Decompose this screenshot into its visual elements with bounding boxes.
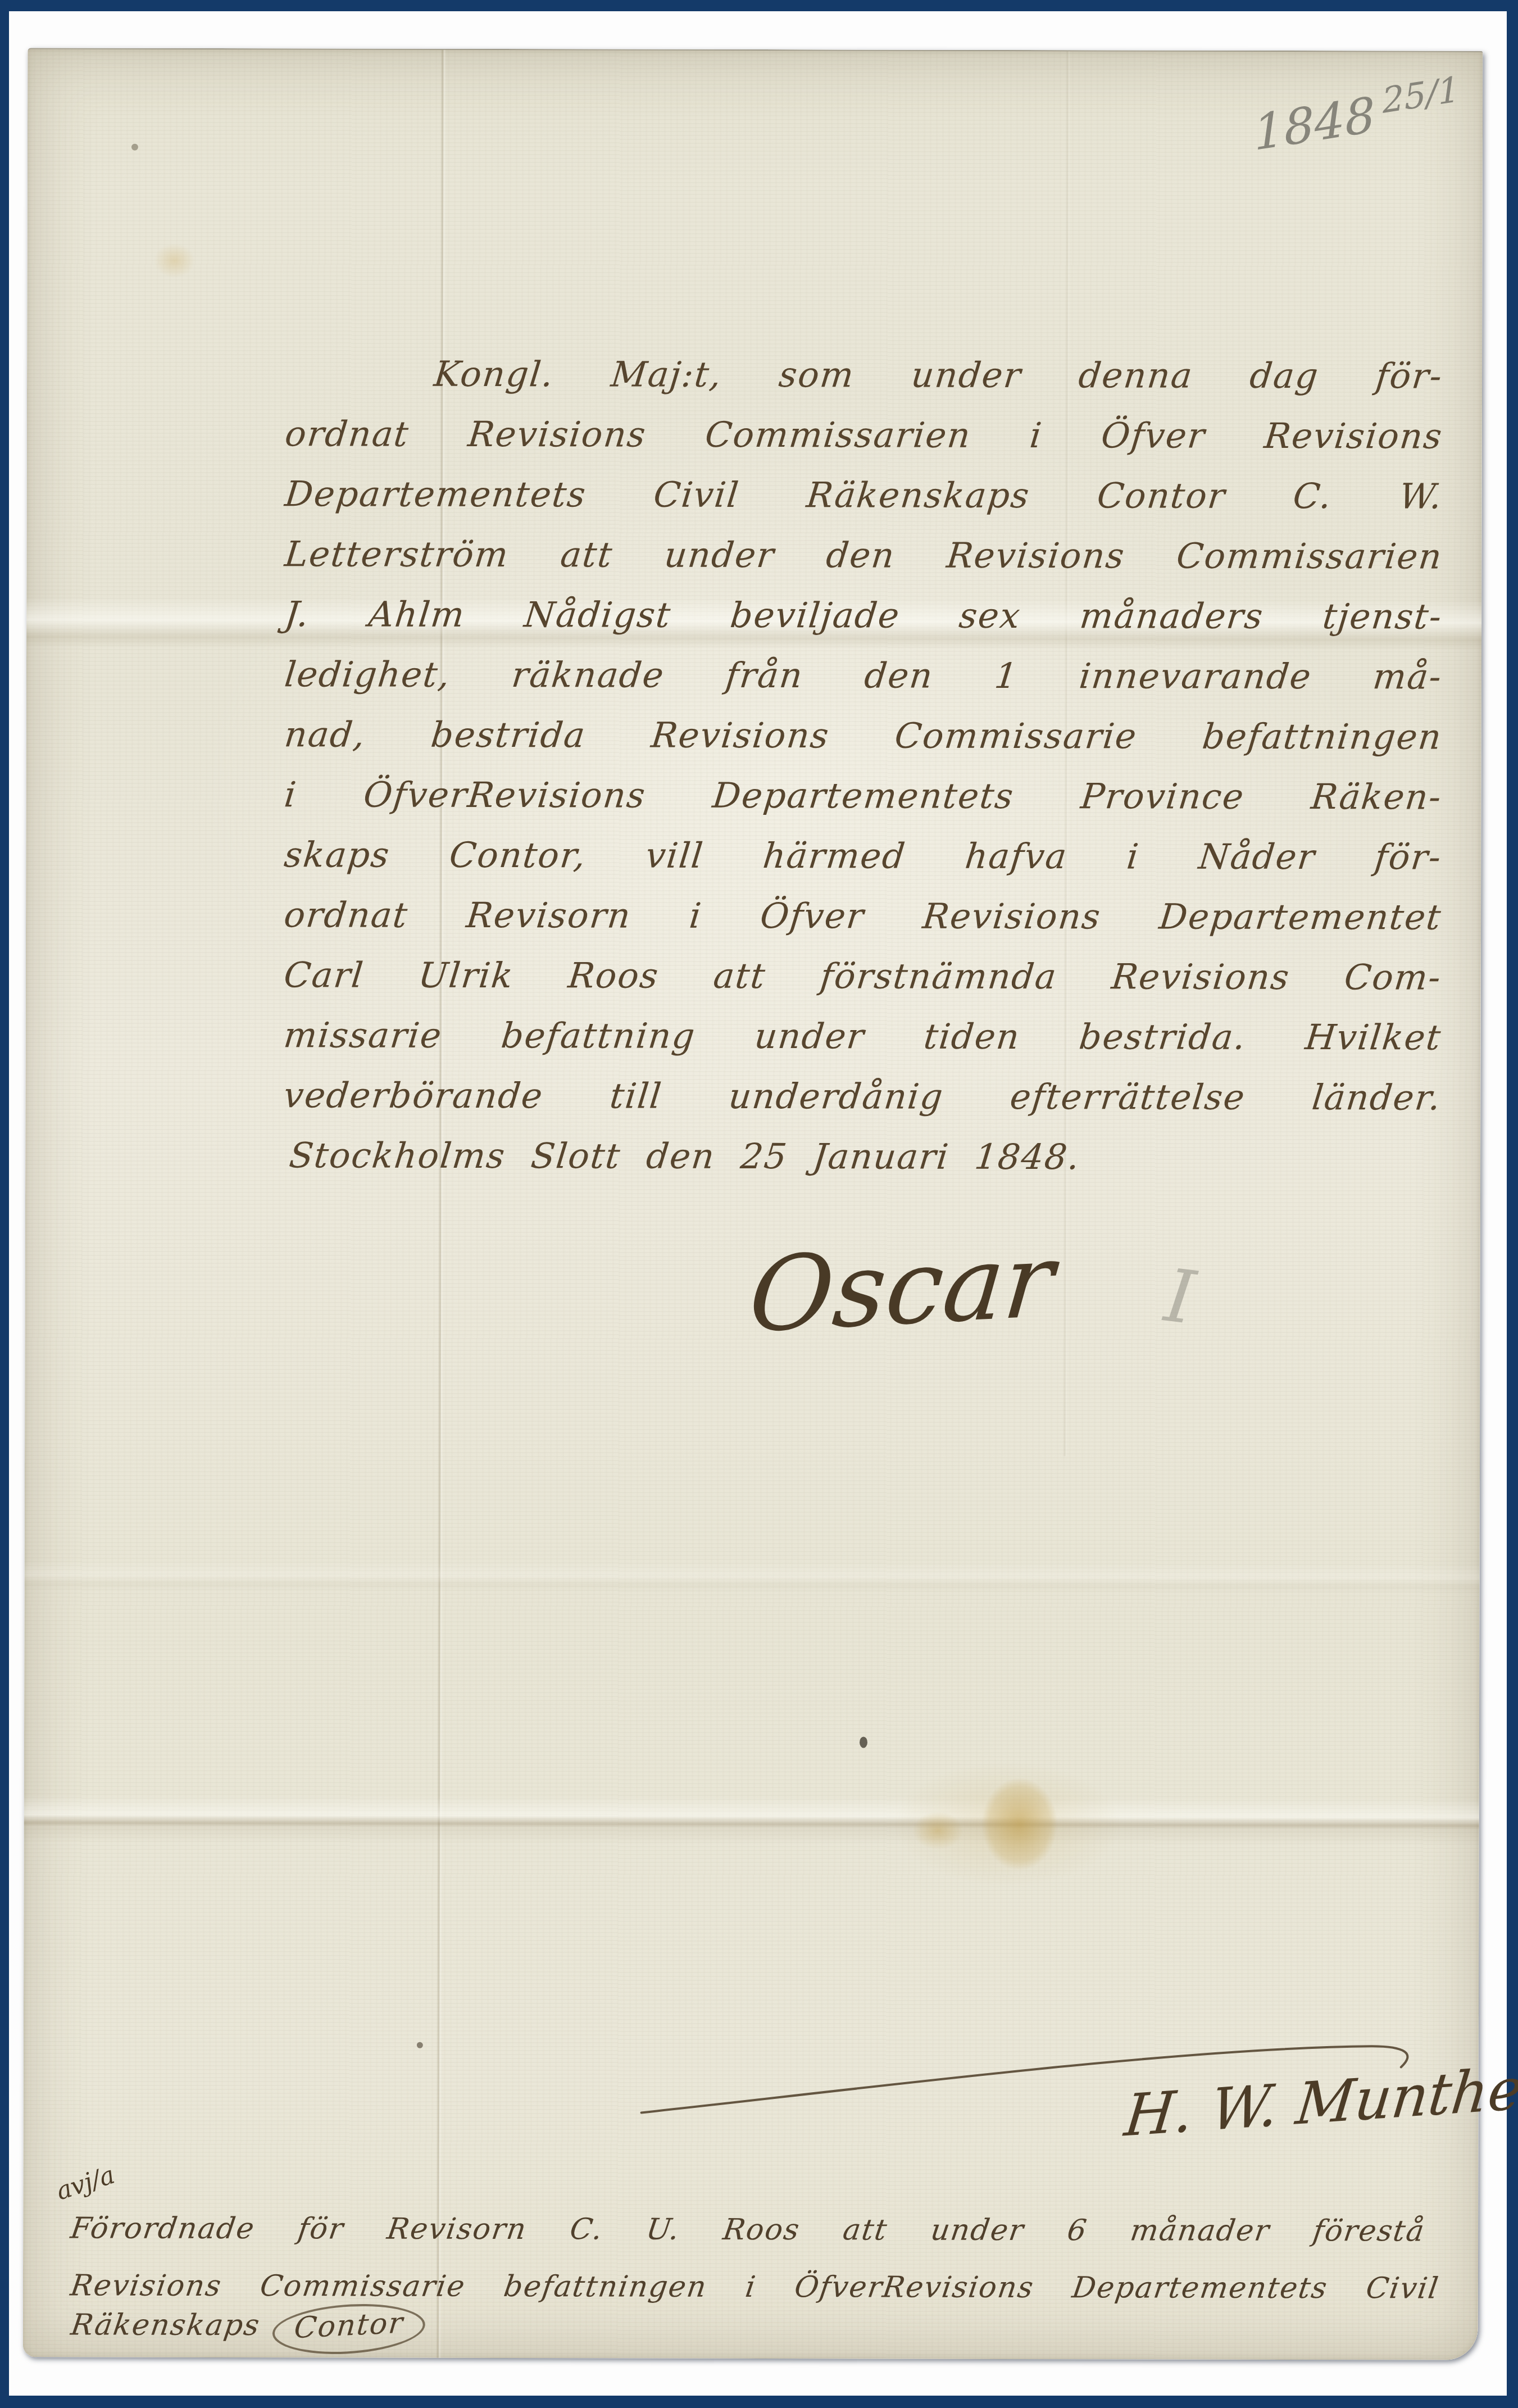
- registrar-margin-mark: avj/a: [53, 2161, 118, 2206]
- countersignature: H. W. Munthe: [1121, 2056, 1518, 2150]
- letter-line: J. Ahlm Nådigst beviljade sex månaders t…: [283, 593, 1444, 637]
- letter-line: ledighet, räknade från den 1 innevarande…: [283, 654, 1444, 697]
- letter-line: ordnat Revisions Commissarien i Öfver Re…: [283, 413, 1445, 456]
- registrar-note-line: Revisions Commissarie befattningen i Öfv…: [69, 2269, 1442, 2305]
- pencil-year: 1848: [1252, 87, 1376, 162]
- pencil-day-month: 25/1: [1381, 68, 1461, 121]
- document-page: 184825/1 Kongl. Maj:t, som under denna d…: [23, 48, 1483, 2360]
- ink-speck: [860, 1736, 867, 1748]
- letter-line: missarie befattning under tiden bestrida…: [282, 1014, 1444, 1058]
- fold-line-horizontal-lower: [24, 1795, 1479, 1845]
- fold-line-vertical-left: [436, 50, 447, 2358]
- royal-signature: Oscar: [744, 1220, 1058, 1355]
- letter-line: ordnat Revisorn i Öfver Revisions Depart…: [282, 894, 1444, 937]
- letter-line: Departementets Civil Räkenskaps Contor C…: [283, 473, 1445, 516]
- pencil-numeral: I: [1160, 1253, 1199, 1341]
- note-line-prefix: Räkenskaps: [69, 2308, 262, 2342]
- letter-dateline: Stockholms Slott den 25 Januari 1848.: [287, 1135, 1082, 1177]
- fold-line-horizontal-middle: [25, 1561, 1480, 1594]
- letter-line: Kongl. Maj:t, som under denna dag för-: [432, 353, 1445, 397]
- stain-large: [883, 1756, 1131, 1892]
- scan-background: { "scan": { "frame_color": "#143a69", "m…: [0, 0, 1518, 2408]
- circled-word: Contor: [270, 2301, 427, 2357]
- letter-line: skaps Contor, vill härmed hafva i Nåder …: [282, 834, 1444, 877]
- letter-line: vederbörande till underdånig efterrättel…: [281, 1074, 1443, 1118]
- ink-speck: [131, 144, 138, 151]
- letter-line: nad, bestrida Revisions Commissarie befa…: [283, 714, 1444, 757]
- stain-small: [153, 243, 195, 278]
- registrar-note-line: RäkenskapsContor: [67, 2303, 429, 2353]
- ink-speck: [417, 2042, 423, 2048]
- letter-line: Letterström att under den Revisions Comm…: [283, 533, 1445, 577]
- letter-line: i ÖfverRevisions Departementets Province…: [283, 774, 1444, 817]
- archival-date-pencil: 184825/1: [1252, 68, 1462, 162]
- registrar-note-line: Förordnade för Revisorn C. U. Roos att u…: [69, 2211, 1428, 2248]
- letter-line: Carl Ulrik Roos att förstnämnda Revision…: [282, 954, 1444, 997]
